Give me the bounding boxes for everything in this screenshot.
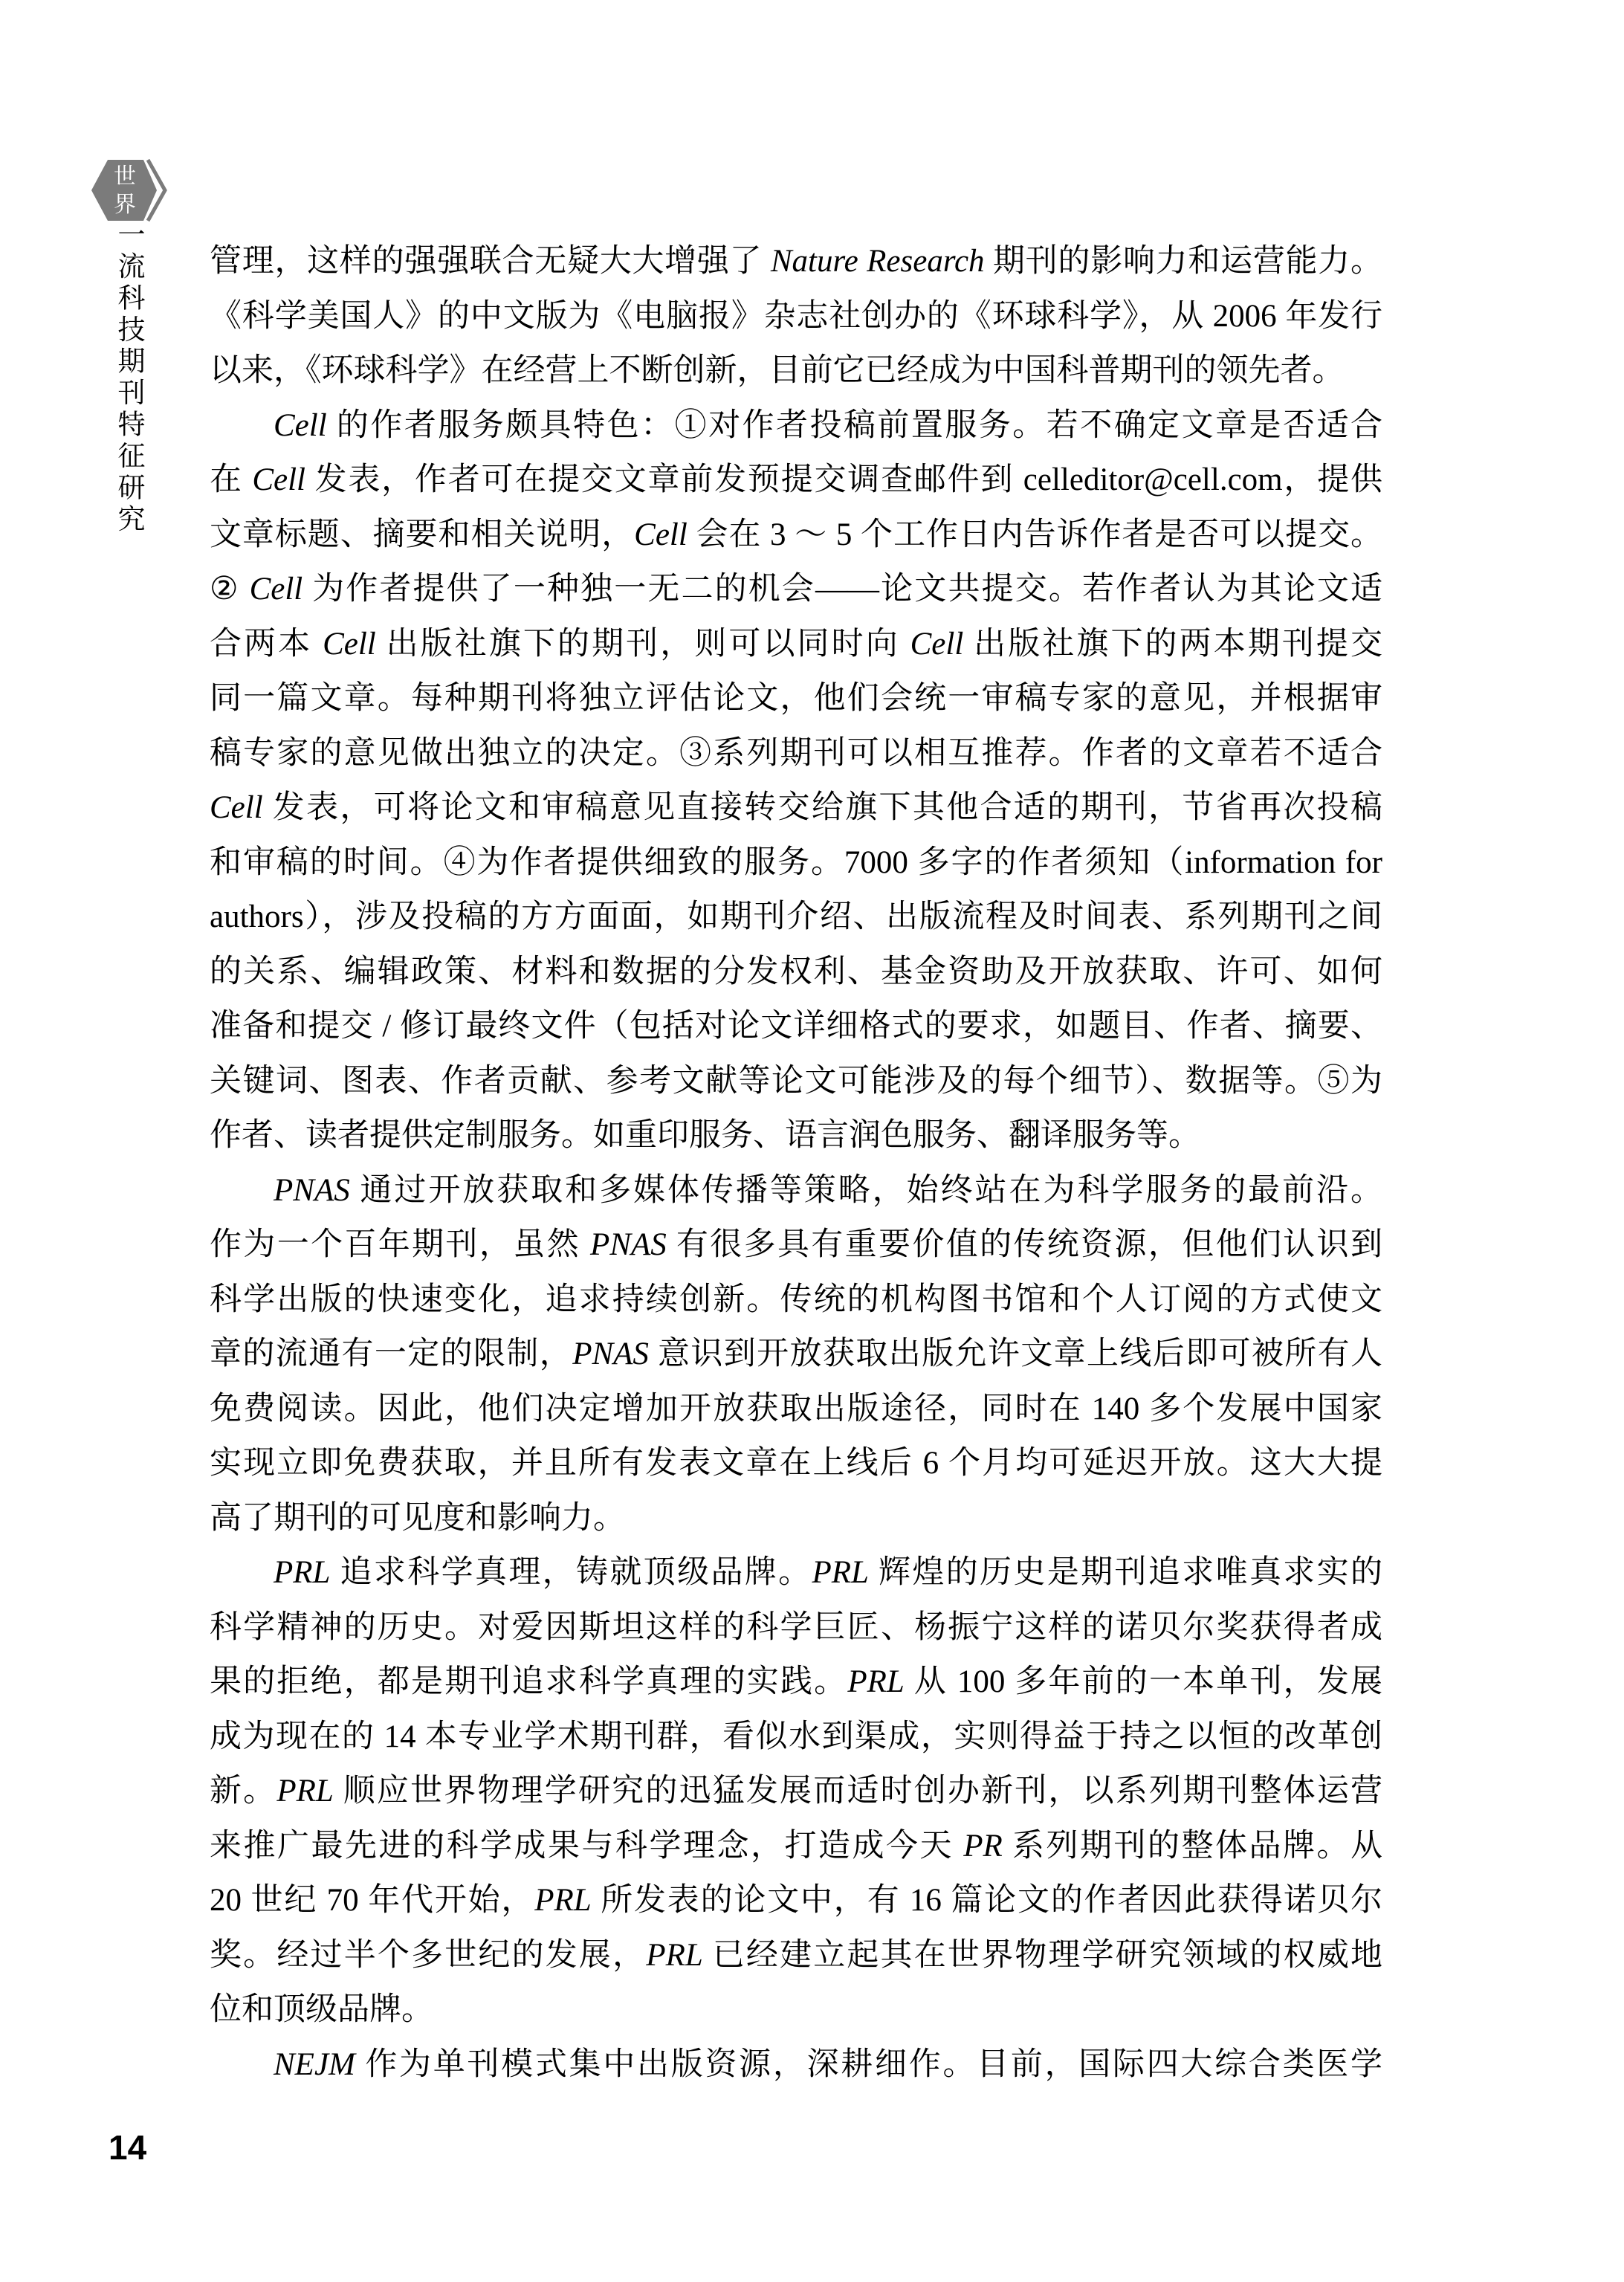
- text-line: 和审稿的时间。④为作者提供细致的服务。7000 多字的作者须知（informat…: [210, 835, 1382, 891]
- text-line: 作为一个百年期刊，虽然 PNAS 有很多具有重要价值的传统资源，但他们认识到: [210, 1218, 1382, 1273]
- page-number: 14: [109, 2127, 146, 2168]
- paragraph: PRL 追求科学真理，铸就顶级品牌。PRL 辉煌的历史是期刊追求唯真求实的科学精…: [210, 1545, 1382, 2037]
- text-line: 文章标题、摘要和相关说明，Cell 会在 3 ～ 5 个工作日内告诉作者是否可以…: [210, 508, 1382, 563]
- paragraph: Cell 的作者服务颇具特色：①对作者投稿前置服务。若不确定文章是否适合在 Ce…: [210, 398, 1382, 1163]
- text-line: 管理，这样的强强联合无疑大大增强了 Nature Research 期刊的影响力…: [210, 234, 1382, 289]
- text-line: 准备和提交 / 修订最终文件（包括对论文详细格式的要求，如题目、作者、摘要、: [210, 999, 1382, 1054]
- paragraph: PNAS 通过开放获取和多媒体传播等策略，始终站在为科学服务的最前沿。作为一个百…: [210, 1163, 1382, 1546]
- text-line: 科学精神的历史。对爱因斯坦这样的科学巨匠、杨振宁这样的诺贝尔奖获得者成: [210, 1600, 1382, 1655]
- text-line: 奖。经过半个多世纪的发展，PRL 已经建立起其在世界物理学研究领域的权威地: [210, 1928, 1382, 1983]
- text-line: 位和顶级品牌。: [210, 1982, 1382, 2037]
- text-line: ② Cell 为作者提供了一种独一无二的机会——论文共提交。若作者认为其论文适: [210, 562, 1382, 617]
- text-line: authors），涉及投稿的方方面面，如期刊介绍、出版流程及时间表、系列期刊之间: [210, 890, 1382, 945]
- text-line: 20 世纪 70 年代开始，PRL 所发表的论文中，有 16 篇论文的作者因此获…: [210, 1873, 1382, 1928]
- sidebar-book-title: 一流科技期刊特征研究: [108, 220, 148, 536]
- text-line: 的关系、编辑政策、材料和数据的分发权利、基金资助及开放获取、许可、如何: [210, 945, 1382, 1000]
- text-line: 合两本 Cell 出版社旗下的期刊，则可以同时向 Cell 出版社旗下的两本期刊…: [210, 617, 1382, 672]
- badge-label: 世界: [112, 163, 138, 219]
- text-line: Cell 的作者服务颇具特色：①对作者投稿前置服务。若不确定文章是否适合: [210, 398, 1382, 453]
- text-line: PRL 追求科学真理，铸就顶级品牌。PRL 辉煌的历史是期刊追求唯真求实的: [210, 1545, 1382, 1600]
- paragraph: NEJM 作为单刊模式集中出版资源，深耕细作。目前，国际四大综合类医学: [210, 2037, 1382, 2092]
- text-line: 《科学美国人》的中文版为《电脑报》杂志社创办的《环球科学》，从 2006 年发行: [210, 289, 1382, 344]
- text-line: 实现立即免费获取，并且所有发表文章在上线后 6 个月均可延迟开放。这大大提: [210, 1436, 1382, 1491]
- text-line: 果的拒绝，都是期刊追求科学真理的实践。PRL 从 100 多年前的一本单刊，发展: [210, 1655, 1382, 1710]
- chapter-badge: 世界: [90, 159, 172, 222]
- text-line: 免费阅读。因此，他们决定增加开放获取出版途径，同时在 140 多个发展中国家: [210, 1382, 1382, 1437]
- text-line: 章的流通有一定的限制，PNAS 意识到开放获取出版允许文章上线后即可被所有人: [210, 1327, 1382, 1382]
- text-line: 关键词、图表、作者贡献、参考文献等论文可能涉及的每个细节）、数据等。⑤为: [210, 1054, 1382, 1109]
- text-line: Cell 发表，可将论文和审稿意见直接转交给旗下其他合适的期刊，节省再次投稿: [210, 780, 1382, 835]
- book-page: 世界 一流科技期刊特征研究 管理，这样的强强联合无疑大大增强了 Nature R…: [0, 0, 1624, 2282]
- text-line: NEJM 作为单刊模式集中出版资源，深耕细作。目前，国际四大综合类医学: [210, 2037, 1382, 2092]
- text-line: 高了期刊的可见度和影响力。: [210, 1491, 1382, 1546]
- text-line: 来推广最先进的科学成果与科学理念，打造成今天 PR 系列期刊的整体品牌。从: [210, 1819, 1382, 1874]
- body-text: 管理，这样的强强联合无疑大大增强了 Nature Research 期刊的影响力…: [210, 234, 1382, 2092]
- text-line: 在 Cell 发表，作者可在提交文章前发预提交调查邮件到 celleditor@…: [210, 453, 1382, 508]
- text-line: 同一篇文章。每种期刊将独立评估论文，他们会统一审稿专家的意见，并根据审: [210, 671, 1382, 726]
- text-line: 科学出版的快速变化，追求持续创新。传统的机构图书馆和个人订阅的方式使文: [210, 1273, 1382, 1328]
- text-line: PNAS 通过开放获取和多媒体传播等策略，始终站在为科学服务的最前沿。: [210, 1163, 1382, 1218]
- text-line: 作者、读者提供定制服务。如重印服务、语言润色服务、翻译服务等。: [210, 1108, 1382, 1163]
- text-line: 成为现在的 14 本专业学术期刊群，看似水到渠成，实则得益于持之以恒的改革创: [210, 1710, 1382, 1765]
- text-line: 新。PRL 顺应世界物理学研究的迅猛发展而适时创办新刊，以系列期刊整体运营: [210, 1764, 1382, 1819]
- paragraph: 管理，这样的强强联合无疑大大增强了 Nature Research 期刊的影响力…: [210, 234, 1382, 398]
- text-line: 以来，《环球科学》在经营上不断创新，目前它已经成为中国科普期刊的领先者。: [210, 343, 1382, 398]
- text-line: 稿专家的意见做出独立的决定。③系列期刊可以相互推荐。作者的文章若不适合: [210, 726, 1382, 781]
